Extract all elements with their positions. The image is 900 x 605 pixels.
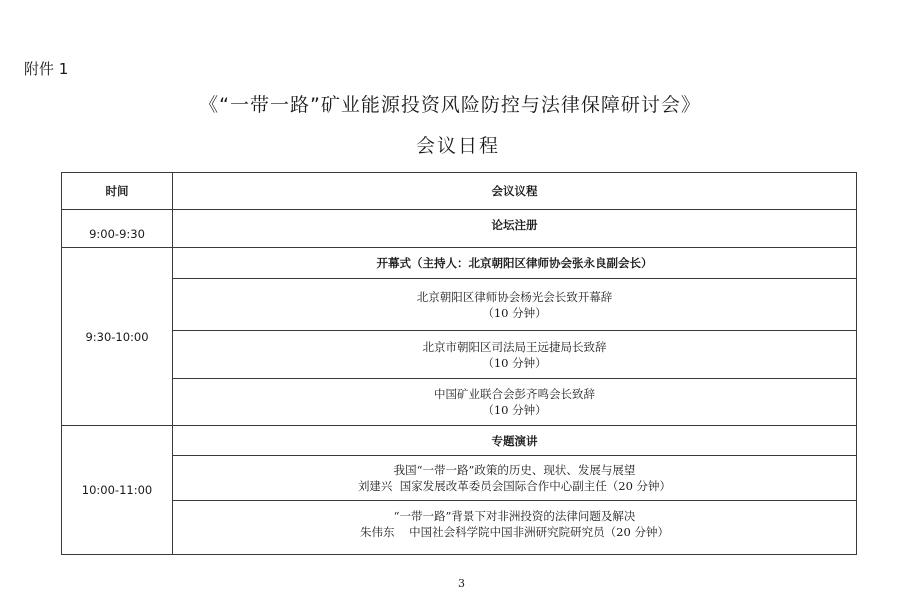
- header-time: 时间: [62, 173, 173, 210]
- agenda-speaker: 朱伟东 中国社会科学院中国非洲研究院研究员（20 分钟）: [173, 524, 856, 540]
- agenda-speaker: 刘建兴 国家发展改革委员会国际合作中心副主任（20 分钟）: [173, 478, 856, 494]
- table-header-row: 时间 会议议程: [62, 173, 857, 210]
- time-cell: 9:00-9:30: [62, 210, 173, 248]
- table-row: 我国“一带一路”政策的历史、现状、发展与展望 刘建兴 国家发展改革委员会国际合作…: [62, 456, 857, 501]
- agenda-duration: （10 分钟）: [173, 402, 856, 418]
- agenda-line: 北京市朝阳区司法局王远捷局长致辞: [173, 339, 856, 355]
- table-row: 9:30-10:00 开幕式（主持人：北京朝阳区律师协会张永良副会长）: [62, 248, 857, 279]
- agenda-cell: 北京朝阳区律师协会杨光会长致开幕辞 （10 分钟）: [173, 279, 857, 331]
- header-agenda: 会议议程: [173, 173, 857, 210]
- agenda-cell: 开幕式（主持人：北京朝阳区律师协会张永良副会长）: [173, 248, 857, 279]
- table-row: 10:00-11:00 专题演讲: [62, 426, 857, 456]
- agenda-line: 论坛注册: [173, 217, 856, 233]
- document-subtitle: 会议日程: [0, 131, 900, 158]
- table-row: 9:00-9:30 论坛注册: [62, 210, 857, 248]
- time-cell: 10:00-11:00: [62, 426, 173, 555]
- table-row: 北京朝阳区律师协会杨光会长致开幕辞 （10 分钟）: [62, 279, 857, 331]
- agenda-cell: “一带一路”背景下对非洲投资的法律问题及解决 朱伟东 中国社会科学院中国非洲研究…: [173, 501, 857, 555]
- table-row: 中国矿业联合会彭齐鸣会长致辞 （10 分钟）: [62, 379, 857, 426]
- agenda-cell: 论坛注册: [173, 210, 857, 248]
- attachment-label: 附件 1: [24, 58, 68, 79]
- page-number: 3: [458, 577, 465, 590]
- document-title: 《“一带一路”矿业能源投资风险防控与法律保障研讨会》: [0, 90, 900, 117]
- agenda-cell: 我国“一带一路”政策的历史、现状、发展与展望 刘建兴 国家发展改革委员会国际合作…: [173, 456, 857, 501]
- agenda-duration: （10 分钟）: [173, 355, 856, 371]
- schedule-table: 时间 会议议程 9:00-9:30 论坛注册 9:30-10:00 开幕式（主持…: [61, 172, 857, 555]
- agenda-cell: 中国矿业联合会彭齐鸣会长致辞 （10 分钟）: [173, 379, 857, 426]
- time-cell: 9:30-10:00: [62, 248, 173, 426]
- agenda-cell: 专题演讲: [173, 426, 857, 456]
- agenda-duration: （10 分钟）: [173, 305, 856, 321]
- agenda-line: 中国矿业联合会彭齐鸣会长致辞: [173, 386, 856, 402]
- table-row: 北京市朝阳区司法局王远捷局长致辞 （10 分钟）: [62, 331, 857, 379]
- agenda-line: 开幕式（主持人：北京朝阳区律师协会张永良副会长）: [173, 255, 856, 271]
- agenda-cell: 北京市朝阳区司法局王远捷局长致辞 （10 分钟）: [173, 331, 857, 379]
- table-row: “一带一路”背景下对非洲投资的法律问题及解决 朱伟东 中国社会科学院中国非洲研究…: [62, 501, 857, 555]
- agenda-line: 我国“一带一路”政策的历史、现状、发展与展望: [173, 462, 856, 478]
- agenda-line: “一带一路”背景下对非洲投资的法律问题及解决: [173, 508, 856, 524]
- agenda-line: 专题演讲: [173, 433, 856, 449]
- agenda-line: 北京朝阳区律师协会杨光会长致开幕辞: [173, 289, 856, 305]
